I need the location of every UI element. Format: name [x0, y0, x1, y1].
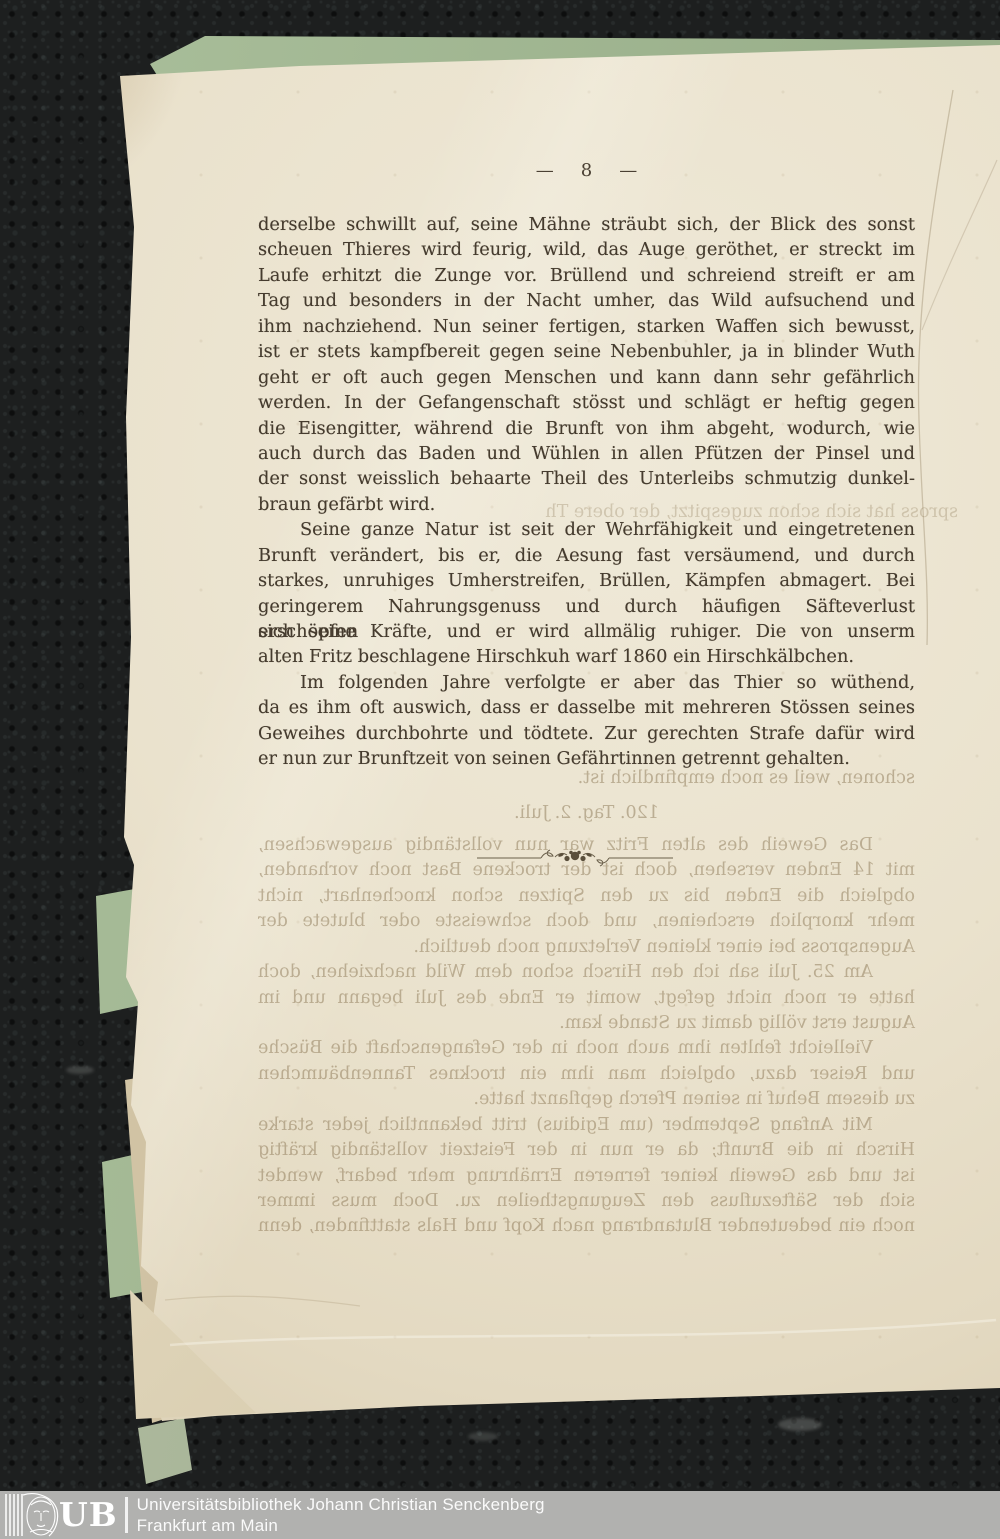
text-line: Geweihes durchbohrte und tödtete. Zur ge…: [258, 721, 915, 746]
showthrough-line: Vielleicht fehlten ihm auch noch in der …: [258, 1036, 915, 1061]
text-line: Im folgenden Jahre verfolgte er aber das…: [258, 670, 915, 695]
showthrough-line: mit 14 Enden versehen, doch ist der troc…: [258, 858, 915, 883]
showthrough-line: Hirsch in die Brunft; da er nun in der F…: [258, 1138, 915, 1163]
leather-scuff-mark: [778, 1418, 822, 1431]
text-line: Brunft verändert, bis er, die Aesung fas…: [258, 543, 915, 568]
text-line: die Eisengitter, während die Brunft von …: [258, 416, 915, 441]
showthrough-line: und Reiser dazu, obgleich man ihm ein tr…: [258, 1062, 915, 1087]
scanned-book-page-view: — 8 — spross hat sich schon zugespitzt, …: [0, 0, 1000, 1539]
page-number-value: 8: [581, 160, 592, 181]
footer-divider: [125, 1497, 128, 1533]
showthrough-text: schonen, weil es noch empfindlich ist. 1…: [258, 766, 915, 1240]
text-line: Seine ganze Natur ist seit der Wehrfähig…: [258, 517, 915, 542]
showthrough-line: Am 25. Juli sah ich den Hirsch schon dem…: [258, 960, 915, 985]
showthrough-line: Augenspross bei einer kleinen Verletzung…: [258, 935, 915, 960]
footer-city: Frankfurt am Main: [137, 1515, 545, 1536]
text-line: sich seine Kräfte, und er wird allmälig …: [258, 619, 915, 644]
text-line: geringerem Nahrungsgenuss und durch häuf…: [258, 594, 915, 619]
text-line: scheuen Thieres wird feurig, wild, das A…: [258, 237, 915, 262]
text-line: der sonst weisslich behaarte Theil des U…: [258, 466, 915, 491]
text-line: da es ihm oft auswich, dass er dasselbe …: [258, 695, 915, 720]
showthrough-line: mehr knorplich erscheinen, und doch schw…: [258, 909, 915, 934]
text-line: braun gefärbt wird.: [258, 492, 915, 517]
text-line: Tag und besonders in der Nacht umher, da…: [258, 288, 915, 313]
page-number: — 8 —: [258, 160, 915, 181]
library-footer-bar: UB Universitätsbibliothek Johann Christi…: [0, 1491, 1000, 1539]
ub-logo-text: UB: [59, 1492, 118, 1538]
showthrough-heading: 120. Tag. 2. Juli.: [258, 801, 915, 826]
showthrough-line: Das Geweih des alten Fritz war nun volls…: [258, 833, 915, 858]
body-text: derselbe schwillt auf, seine Mähne sträu…: [258, 212, 915, 772]
leather-scuff-mark: [468, 1432, 498, 1441]
text-line: ist er stets kampfbereit gegen seine Neb…: [258, 339, 915, 364]
page-number-dash-left: —: [536, 160, 554, 181]
text-line: werden. In der Gefangenschaft stösst und…: [258, 390, 915, 415]
page-number-dash-right: —: [619, 160, 637, 181]
text-line: Laufe erhitzt die Zunge vor. Brüllend un…: [258, 263, 915, 288]
showthrough-line: sich der Säftezufluss den Zeugungstheile…: [258, 1189, 915, 1214]
text-line: auch durch das Baden und Wühlen in allen…: [258, 441, 915, 466]
showthrough-line: noch ein bedeutender Blutandrang nach Ko…: [258, 1214, 915, 1239]
footer-library-name: Universitätsbibliothek Johann Christian …: [137, 1494, 545, 1515]
showthrough-line: schonen, weil es noch empfindlich ist.: [258, 766, 915, 791]
text-line: alten Fritz beschlagene Hirschkuh warf 1…: [258, 644, 915, 669]
showthrough-line: Mit Anfang September (um Egidius) tritt …: [258, 1113, 915, 1138]
showthrough-line: obgleich die Enden bis zu den Spitzen sc…: [258, 884, 915, 909]
showthrough-line: August erst völlig damit zu Stande kam.: [258, 1011, 915, 1036]
showthrough-line: zu diesem Behuf in seinen Pferch gepflan…: [258, 1087, 915, 1112]
footer-text: Universitätsbibliothek Johann Christian …: [137, 1494, 545, 1536]
leather-scuff-mark: [66, 1066, 94, 1074]
ub-library-logo-icon: [3, 1492, 61, 1538]
text-line: starkes, unruhiges Umherstreifen, Brülle…: [258, 568, 915, 593]
text-line: derselbe schwillt auf, seine Mähne sträu…: [258, 212, 915, 237]
text-line: ihm nachziehend. Nun seiner fertigen, st…: [258, 314, 915, 339]
showthrough-line: ist und das Geweih keiner ferneren Ernäh…: [258, 1164, 915, 1189]
showthrough-line: hatte er noch nicht gefegt, womit er End…: [258, 986, 915, 1011]
text-line: geht er oft auch gegen Menschen und kann…: [258, 365, 915, 390]
